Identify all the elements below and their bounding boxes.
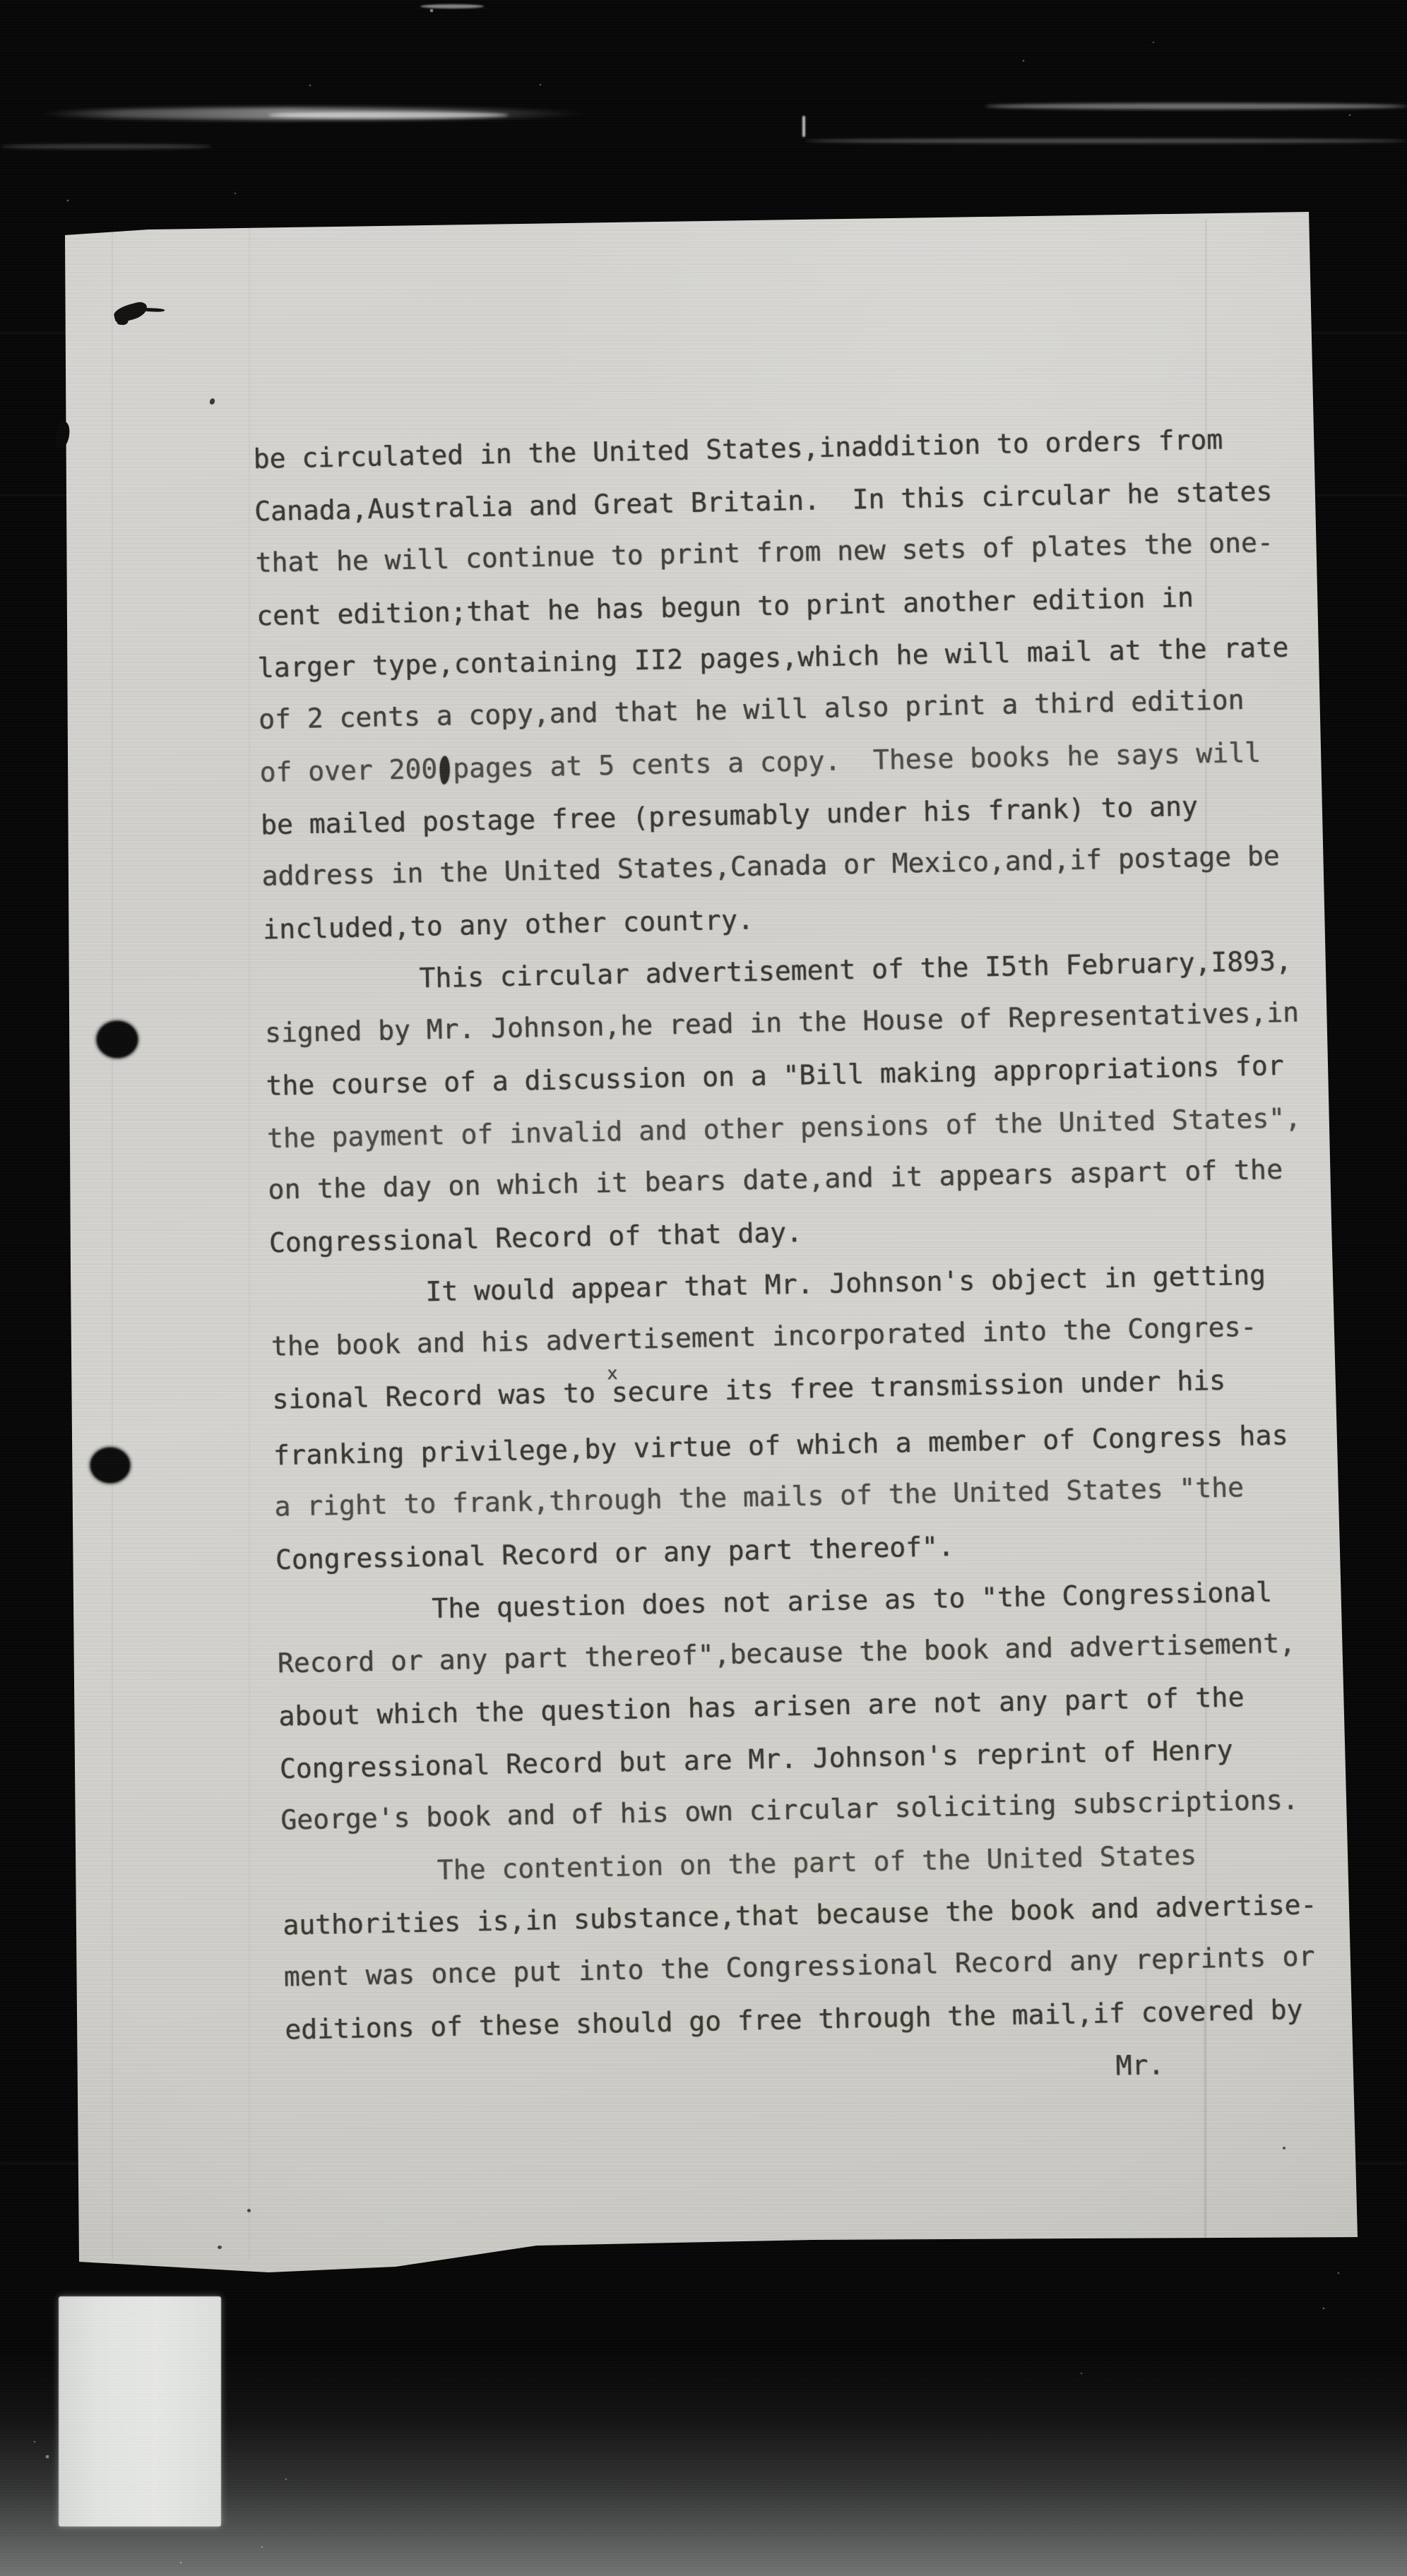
film-streak <box>0 144 212 149</box>
typewritten-text: be circulated in the United States,inadd… <box>253 412 1346 2109</box>
microfilm-frame: be circulated in the United States,inadd… <box>0 0 1407 2576</box>
film-streak <box>39 107 590 120</box>
film-speck-field <box>0 0 1 1</box>
film-streak <box>805 138 1407 143</box>
film-streak <box>420 4 484 8</box>
ink-blob-inline <box>439 756 450 784</box>
film-streak <box>268 112 509 119</box>
film-scratch <box>802 116 805 137</box>
film-streak <box>985 103 1407 109</box>
film-index-tab <box>59 2296 221 2527</box>
